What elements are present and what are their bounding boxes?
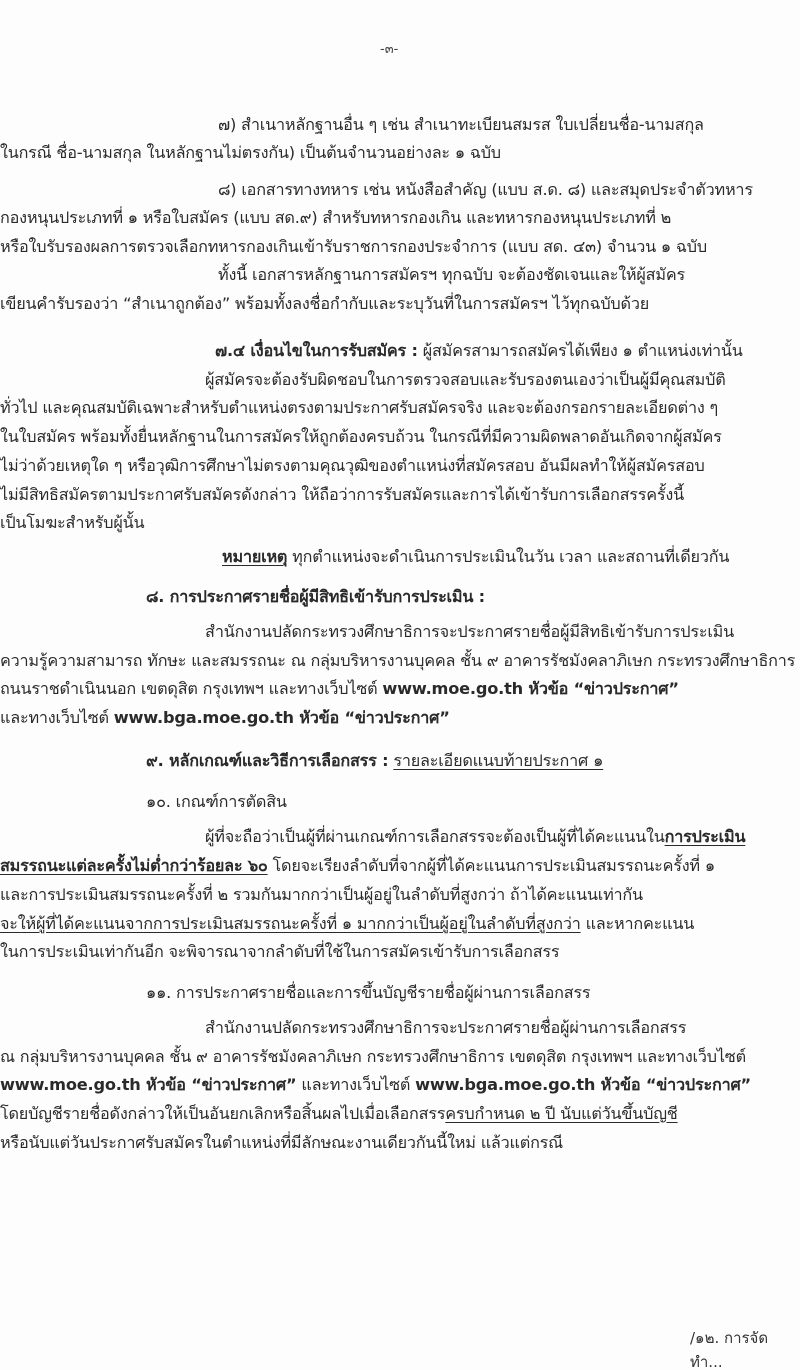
s8-line2: ความรู้ความสามารถ ทักษะ และสมรรถนะ ณ กลุ… bbox=[0, 650, 795, 672]
s8-line4-text: และทางเว็บไซต์ bbox=[0, 708, 114, 727]
section-9-heading: ๙. หลักเกณฑ์และวิธีการเลือกสรร : bbox=[146, 751, 388, 770]
s8-line1: สำนักงานปลัดกระทรวงศึกษาธิการจะประกาศราย… bbox=[205, 621, 734, 643]
s11-line3: www.moe.go.th หัวข้อ “ข่าวประกาศ” และทาง… bbox=[0, 1074, 751, 1096]
s10-line4-text: และหากคะแนน bbox=[581, 914, 694, 933]
moe-website-link[interactable]: www.moe.go.th หัวข้อ “ข่าวประกาศ” bbox=[382, 679, 678, 698]
s10-line3: และการประเมินสมรรถนะครั้งที่ ๒ รวมกันมาก… bbox=[0, 884, 643, 906]
bga-website-link-2[interactable]: www.bga.moe.go.th หัวข้อ “ข่าวประกาศ” bbox=[415, 1075, 751, 1094]
attachment-1-link[interactable]: รายละเอียดแนบท้ายประกาศ ๑ bbox=[393, 751, 603, 770]
continuation-marker: /๑๒. การจัดทำ... bbox=[690, 1326, 800, 1370]
s11-line1: สำนักงานปลัดกระทรวงศึกษาธิการจะประกาศราย… bbox=[205, 1017, 686, 1039]
s11-line3-text: และทางเว็บไซต์ bbox=[296, 1075, 415, 1094]
s74-line5: ไม่มีสิทธิสมัครตามประกาศรับสมัครดังกล่าว… bbox=[0, 484, 684, 506]
note-line2: เขียนคำรับรองว่า “สำเนาถูกต้อง” พร้อมทั้… bbox=[0, 293, 649, 315]
s10-line2-emphasis: สมรรถนะแต่ละครั้งไม่ต่ำกว่าร้อยละ ๖๐ bbox=[0, 856, 268, 875]
s74-line4: ไม่ว่าด้วยเหตุใด ๆ หรือวุฒิการศึกษาไม่ตร… bbox=[0, 455, 705, 477]
item8-line3: หรือใบรับรองผลการตรวจเลือกทหารกองเกินเข้… bbox=[0, 236, 707, 258]
s11-line5: หรือนับแต่วันประกาศรับสมัครในตำแหน่งที่ม… bbox=[0, 1132, 563, 1154]
remark-line: หมายเหตุ ทุกตำแหน่งจะดำเนินการประเมินในว… bbox=[222, 546, 729, 568]
s10-line5: ในการประเมินเท่ากันอีก จะพิจารณาจากลำดับ… bbox=[0, 941, 559, 963]
s10-line1: ผู้ที่จะถือว่าเป็นผู้ที่ผ่านเกณฑ์การเลือ… bbox=[205, 826, 745, 848]
section-8-heading: ๘. การประกาศรายชื่อผู้มีสิทธิเข้ารับการป… bbox=[146, 586, 485, 608]
bga-website-link[interactable]: www.bga.moe.go.th หัวข้อ “ข่าวประกาศ” bbox=[114, 708, 450, 727]
s10-line2-text: โดยจะเรียงลำดับที่จากผู้ที่ได้คะแนนการปร… bbox=[268, 856, 715, 875]
s8-line3: ถนนราชดำเนินนอก เขตดุสิต กรุงเทพฯ และทาง… bbox=[0, 678, 679, 700]
s11-line4-text: โดยบัญชีรายชื่อดังกล่าวให้เป็นอันยกเลิกห… bbox=[0, 1104, 445, 1123]
section-10-heading: ๑๐. เกณฑ์การตัดสิน bbox=[146, 791, 287, 813]
s8-line4: และทางเว็บไซต์ www.bga.moe.go.th หัวข้อ … bbox=[0, 707, 450, 729]
s10-line1-emphasis: การประเมิน bbox=[665, 827, 746, 846]
s10-line2: สมรรถนะแต่ละครั้งไม่ต่ำกว่าร้อยละ ๖๐ โดย… bbox=[0, 855, 715, 877]
s11-line4: โดยบัญชีรายชื่อดังกล่าวให้เป็นอันยกเลิกห… bbox=[0, 1103, 678, 1125]
s74-line2: ทั่วไป และคุณสมบัติเฉพาะสำหรับตำแหน่งตรง… bbox=[0, 397, 718, 419]
s10-line4: จะให้ผู้ที่ได้คะแนนจากการประเมินสมรรถนะค… bbox=[0, 913, 694, 935]
item7-line2: ในกรณี ชื่อ-นามสกุล ในหลักฐานไม่ตรงกัน) … bbox=[0, 142, 501, 164]
s74-line6: เป็นโมฆะสำหรับผู้นั้น bbox=[0, 512, 144, 534]
section-7-4-heading-line: ๗.๔ เงื่อนไขในการรับสมัคร : ผู้สมัครสามา… bbox=[215, 340, 743, 362]
s74-line3: ในใบสมัคร พร้อมทั้งยื่นหลักฐานในการสมัคร… bbox=[0, 426, 722, 448]
item8-line1: ๘) เอกสารทางทหาร เช่น หนังสือสำคัญ (แบบ … bbox=[218, 179, 753, 201]
s10-line1-text: ผู้ที่จะถือว่าเป็นผู้ที่ผ่านเกณฑ์การเลือ… bbox=[205, 827, 665, 846]
note-line1: ทั้งนี้ เอกสารหลักฐานการสมัครฯ ทุกฉบับ จ… bbox=[218, 264, 685, 286]
s11-line4-emphasis: ครบกำหนด ๒ ปี นับแต่วันขึ้นบัญชี bbox=[445, 1104, 677, 1123]
section-9-line: ๙. หลักเกณฑ์และวิธีการเลือกสรร : รายละเอ… bbox=[146, 750, 603, 772]
s74-line1: ผู้สมัครจะต้องรับผิดชอบในการตรวจสอบและรั… bbox=[205, 369, 726, 391]
section-7-4-heading-rest: ผู้สมัครสามารถสมัครได้เพียง ๑ ตำแหน่งเท่… bbox=[418, 341, 743, 360]
s11-line2: ณ กลุ่มบริหารงานบุคคล ชั้น ๙ อาคารรัชมัง… bbox=[0, 1046, 746, 1068]
page-number: -๓- bbox=[380, 38, 398, 59]
document-page: -๓- ๗) สำเนาหลักฐานอื่น ๆ เช่น สำเนาทะเบ… bbox=[0, 0, 800, 1370]
s10-line4-emphasis: จะให้ผู้ที่ได้คะแนนจากการประเมินสมรรถนะค… bbox=[0, 914, 581, 933]
s8-line3-text: ถนนราชดำเนินนอก เขตดุสิต กรุงเทพฯ และทาง… bbox=[0, 679, 382, 698]
section-11-heading: ๑๑. การประกาศรายชื่อและการขึ้นบัญชีรายชื… bbox=[146, 982, 590, 1004]
item7-line1: ๗) สำเนาหลักฐานอื่น ๆ เช่น สำเนาทะเบียนส… bbox=[218, 114, 704, 136]
item8-line2: กองหนุนประเภทที่ ๑ หรือใบสมัคร (แบบ สด.๙… bbox=[0, 207, 671, 229]
moe-website-link-2[interactable]: www.moe.go.th หัวข้อ “ข่าวประกาศ” bbox=[0, 1075, 296, 1094]
remark-label: หมายเหตุ bbox=[222, 547, 287, 566]
remark-text: ทุกตำแหน่งจะดำเนินการประเมินในวัน เวลา แ… bbox=[287, 547, 729, 566]
section-7-4-heading: ๗.๔ เงื่อนไขในการรับสมัคร : bbox=[215, 341, 418, 360]
